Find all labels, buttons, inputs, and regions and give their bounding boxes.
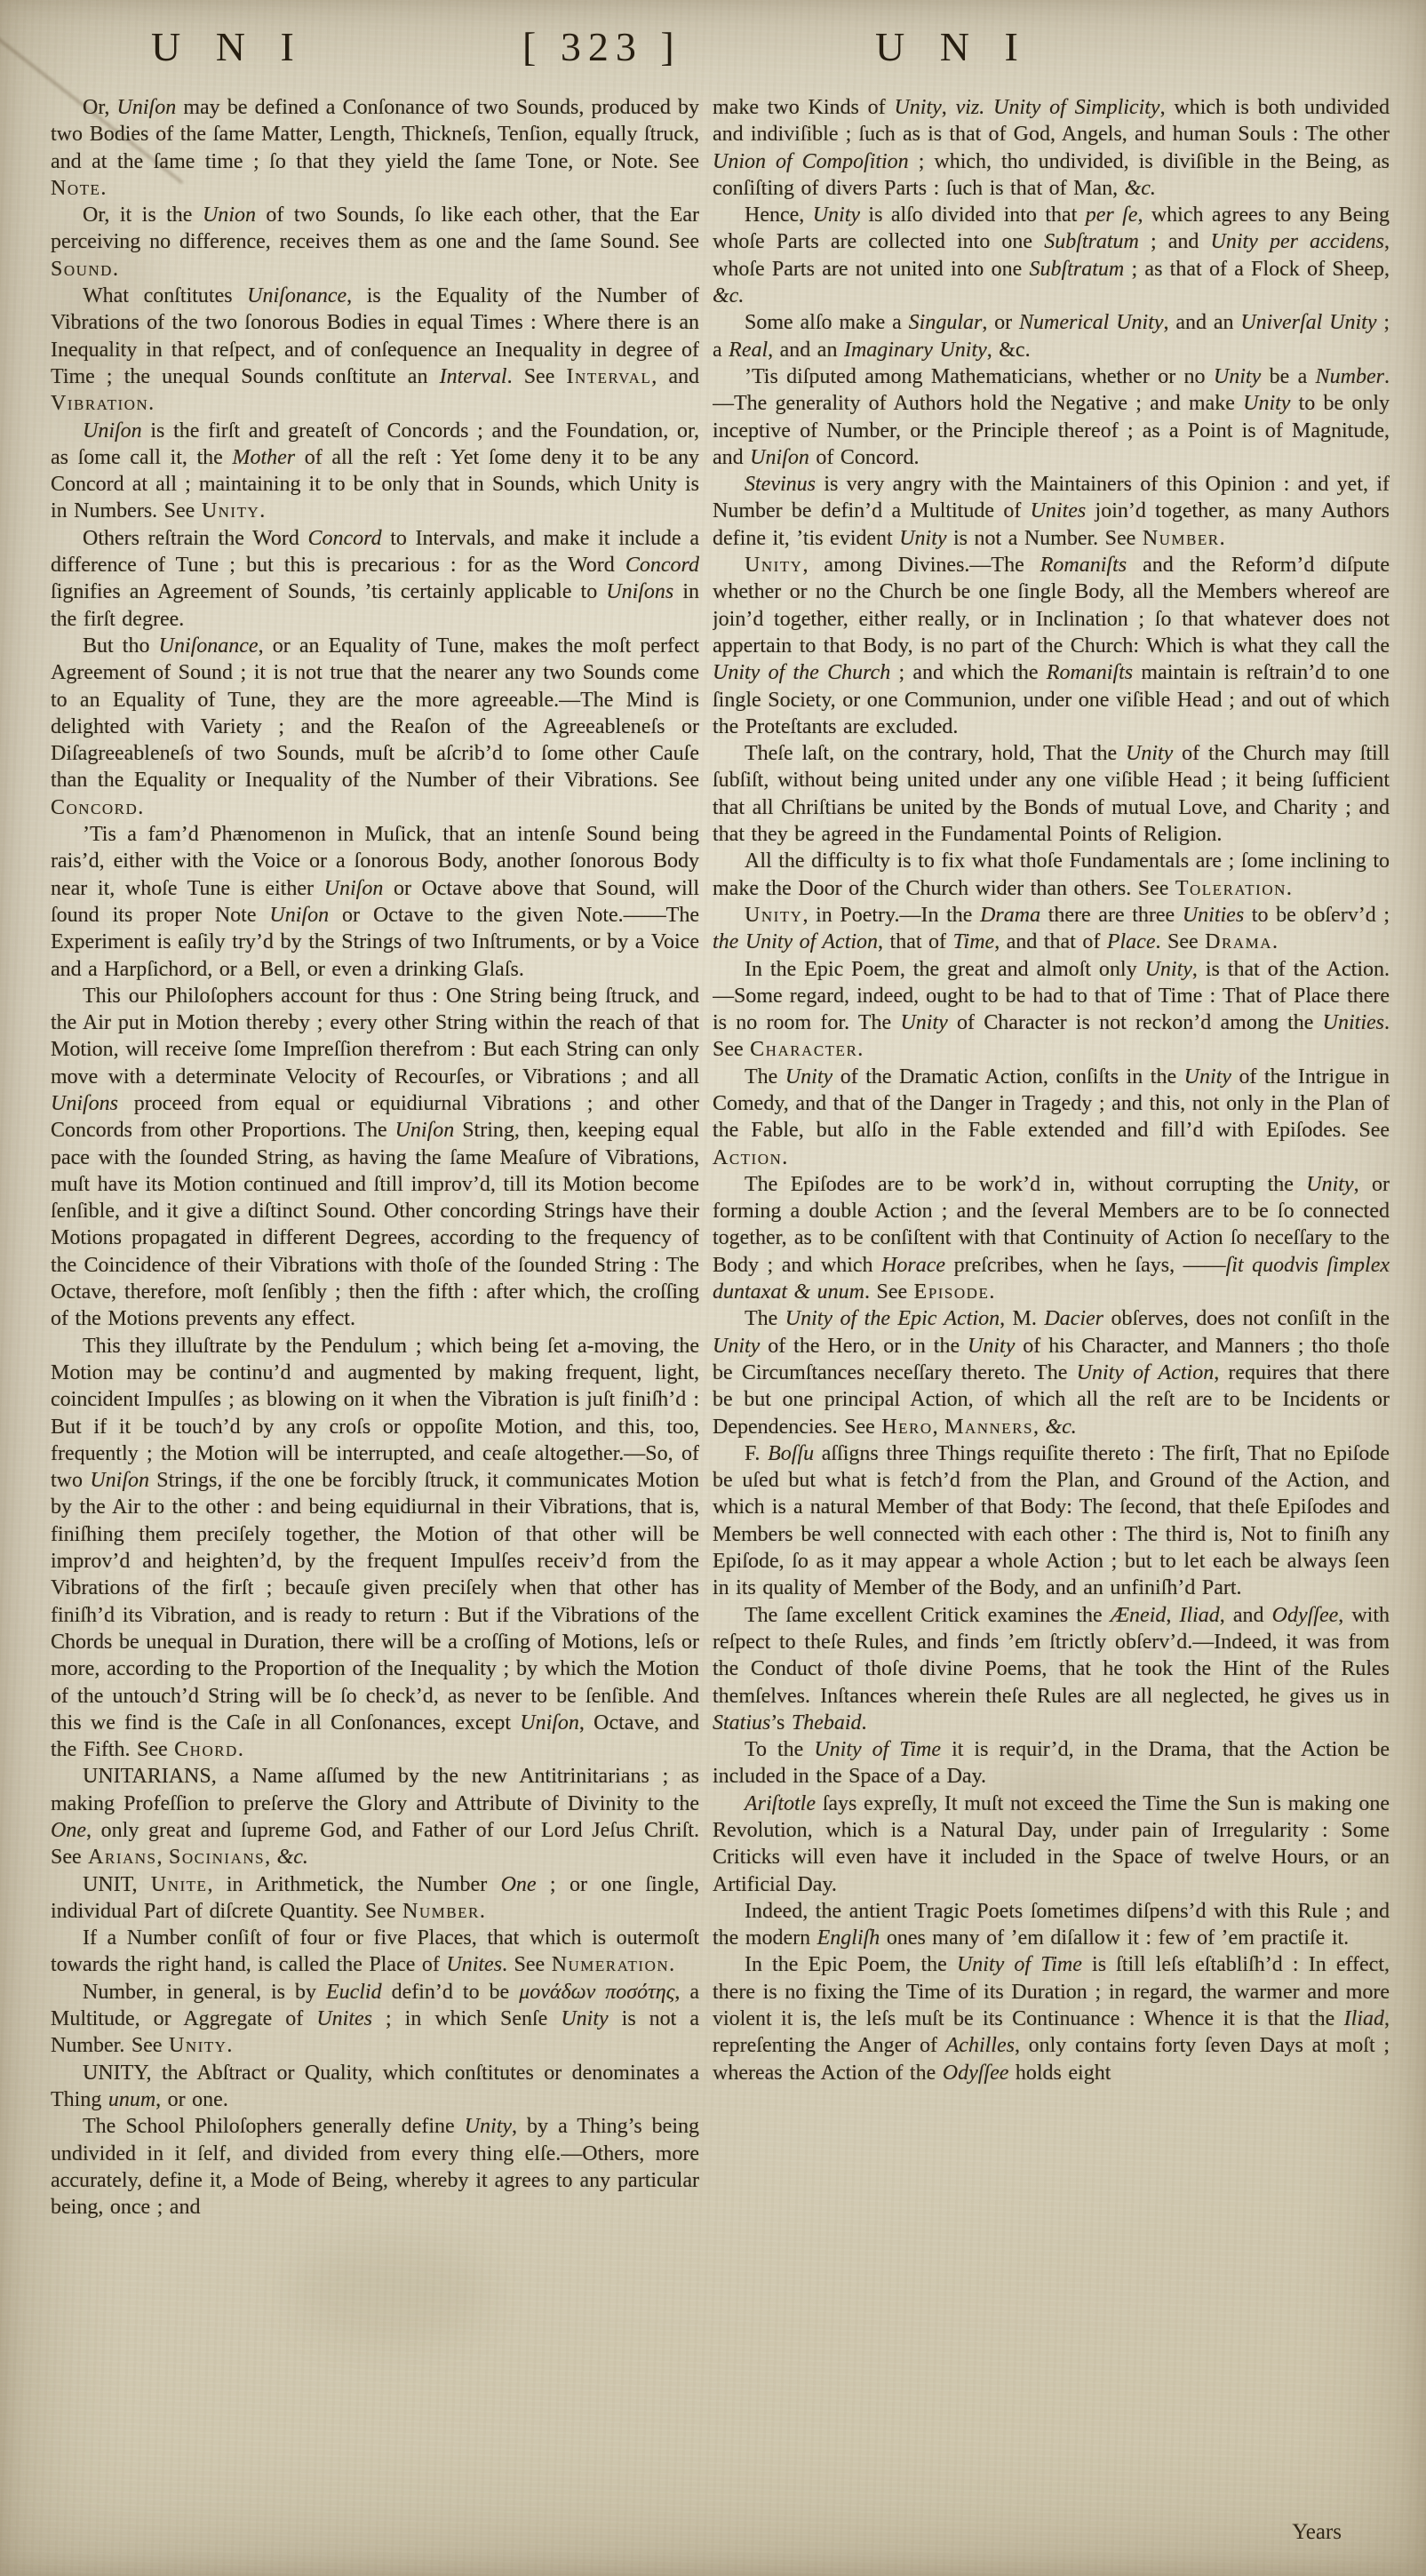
body-text: , in Poetry.—In the: [802, 904, 980, 927]
body-text: The: [745, 1307, 785, 1330]
body-text: , and an: [768, 339, 844, 362]
body-text: .: [100, 177, 106, 200]
body-text: ,: [157, 1846, 170, 1869]
emphasized-text: Unity: [1145, 958, 1192, 981]
emphasized-text: Thebaid: [792, 1711, 862, 1735]
emphasized-text: Unity: [1306, 1173, 1353, 1196]
paragraph: The Unity of the Epic Action, M. Dacier …: [713, 1305, 1390, 1440]
body-text: The Epiſodes are to be work’d in, withou…: [745, 1173, 1306, 1196]
emphasized-text: &c.: [1125, 177, 1156, 200]
emphasized-text: Subſtratum: [1030, 258, 1125, 281]
emphasized-text: Odyſſee: [943, 2062, 1009, 2085]
cross-reference: Number: [1143, 527, 1220, 550]
body-text: The ſame excellent Critick examines the: [745, 1604, 1111, 1627]
emphasized-text: viz. Unity of Simplicity: [956, 96, 1160, 119]
body-text: ,: [265, 1846, 277, 1869]
paragraph: If a Number conſiſt of four or five Plac…: [51, 1925, 699, 1979]
page-number: [ 323 ]: [522, 23, 681, 70]
emphasized-text: Unity: [899, 527, 946, 550]
body-text: Some alſo make a: [745, 311, 909, 334]
emphasized-text: Unity of the Church: [713, 661, 890, 684]
cross-reference: Interval: [566, 365, 651, 388]
cross-reference: Episode: [914, 1280, 990, 1304]
emphasized-text: Unity: [1214, 365, 1261, 388]
emphasized-text: unum: [108, 2088, 155, 2111]
body-text: , and: [1220, 1604, 1272, 1627]
emphasized-text: Interval: [440, 365, 507, 388]
body-text: This our Philoſophers account for thus :…: [51, 985, 699, 1089]
emphasized-text: Unity: [713, 1335, 760, 1358]
emphasized-text: Uniſon: [269, 904, 329, 927]
body-text: .: [857, 1038, 863, 1061]
emphasized-text: Odyſſee: [1272, 1604, 1339, 1627]
emphasized-text: Unity: [1126, 742, 1173, 765]
emphasized-text: Univerſal Unity: [1240, 311, 1376, 334]
emphasized-text: Concord: [307, 527, 381, 550]
body-text: ,: [942, 96, 956, 119]
body-text: is not a Number. See: [947, 527, 1143, 550]
body-text: UNIT,: [83, 1873, 151, 1896]
paragraph: Stevinus is very angry with the Maintain…: [713, 471, 1390, 552]
paragraph: Or, Uniſon may be defined a Conſonance o…: [51, 94, 699, 202]
emphasized-text: Uniſon: [750, 446, 809, 469]
cross-reference: Number: [402, 1900, 480, 1923]
paragraph: The School Philoſophers generally define…: [51, 2113, 699, 2221]
emphasized-text: Ariſtotle: [745, 1792, 816, 1815]
emphasized-text: Unity: [900, 1011, 947, 1034]
paragraph: This our Philoſophers account for thus :…: [51, 983, 699, 1333]
emphasized-text: Mother: [232, 446, 295, 469]
emphasized-text: Unites: [446, 1953, 502, 1976]
body-text: Theſe laſt, on the contrary, hold, That …: [745, 742, 1126, 765]
emphasized-text: Unity: [1243, 392, 1290, 415]
body-text: of Concord.: [809, 446, 920, 469]
emphasized-text: Engliſh: [817, 1926, 880, 1950]
catchword: Years: [1155, 2520, 1342, 2545]
emphasized-text: Uniſons: [51, 1092, 118, 1115]
body-text: , or: [982, 311, 1019, 334]
body-text: To the: [745, 1738, 814, 1761]
paragraph: Unity, in Poetry.—In the Drama there are…: [713, 902, 1390, 956]
body-text: there are three: [1040, 904, 1183, 927]
body-text: .: [669, 1953, 674, 1976]
text-column-right: make two Kinds of Unity, viz. Unity of S…: [713, 94, 1390, 2511]
paragraph: Number, in general, is by Euclid defin’d…: [51, 1979, 699, 2060]
body-text: .: [259, 499, 265, 522]
body-text: of the Hero, or in the: [760, 1335, 968, 1358]
emphasized-text: Iliad: [1179, 1604, 1219, 1627]
emphasized-text: Uniſon: [324, 877, 384, 900]
emphasized-text: Unity of Action: [1077, 1361, 1215, 1384]
emphasized-text: Unity per accidens: [1211, 230, 1385, 253]
paragraph: Others reſtrain the Word Concord to Inte…: [51, 525, 699, 633]
body-text: .: [138, 796, 143, 819]
paragraph: ’Tis a fam’d Phænomenon in Muſick, that …: [51, 821, 699, 983]
body-text: obſerves, does not conſiſt in the: [1103, 1307, 1390, 1330]
body-text: . See: [1155, 930, 1205, 953]
body-text: is alſo divided into that: [860, 203, 1086, 227]
body-text: to be obſerv’d ;: [1244, 904, 1390, 927]
emphasized-text: Uniſon: [90, 1469, 149, 1492]
emphasized-text: One: [51, 1819, 86, 1842]
paragraph: This they illuſtrate by the Pendulum ; w…: [51, 1333, 699, 1764]
emphasized-text: Numerical Unity: [1019, 311, 1163, 334]
paragraph: Hence, Unity is alſo divided into that p…: [713, 202, 1390, 309]
emphasized-text: Unities: [1183, 904, 1244, 927]
cross-reference: Unity: [202, 499, 259, 522]
emphasized-text: Imaginary Unity: [844, 339, 987, 362]
body-text: . See: [507, 365, 567, 388]
paragraph: In the Epic Poem, the great and almoſt o…: [713, 956, 1390, 1064]
body-text: In the Epic Poem, the great and almoſt o…: [745, 958, 1145, 981]
body-text: ’Tis diſputed among Mathematicians, whet…: [745, 365, 1214, 388]
cross-reference: Character: [750, 1038, 857, 1061]
body-text: ones many of ’em diſallow it : few of ’e…: [880, 1926, 1349, 1950]
body-text: of the Dramatic Action, conſiſts in the: [832, 1065, 1183, 1089]
cross-reference: Unity: [169, 2034, 227, 2057]
body-text: defin’d to be: [382, 1981, 520, 2004]
body-text: . See: [502, 1953, 552, 1976]
cross-reference: Arians: [88, 1846, 156, 1869]
body-text: ; and which the: [890, 661, 1047, 684]
body-text: , and: [651, 365, 699, 388]
body-text: aſſigns three Things requiſite thereto :…: [713, 1442, 1390, 1599]
emphasized-text: Unity: [968, 1335, 1015, 1358]
emphasized-text: Unity of Time: [814, 1738, 941, 1761]
body-text: But tho: [83, 634, 159, 658]
body-text: .: [1220, 527, 1225, 550]
emphasized-text: Uniſonance: [247, 284, 347, 307]
emphasized-text: One: [501, 1873, 537, 1896]
scanned-book-page: U N I [ 323 ] U N I Or, Uniſon may be de…: [0, 0, 1426, 2576]
body-text: , in Arithmetick, the Number: [207, 1873, 500, 1896]
emphasized-text: Unities: [1323, 1011, 1384, 1034]
body-text: ſignifies an Agreement of Sounds, ’tis c…: [51, 580, 606, 603]
cross-reference: Toleration: [1175, 877, 1287, 900]
body-text: What conſtitutes: [83, 284, 247, 307]
running-head: U N I [ 323 ] U N I: [0, 23, 1426, 85]
running-title-right: U N I: [875, 23, 1031, 70]
emphasized-text: Unity: [894, 96, 941, 119]
body-text: make two Kinds of: [713, 96, 894, 119]
paragraph: Or, it is the Union of two Sounds, ſo li…: [51, 202, 699, 283]
body-text: .: [1272, 930, 1278, 953]
emphasized-text: Stevinus: [745, 473, 816, 496]
cross-reference: Hero: [881, 1416, 932, 1439]
paragraph: F. Boſſu aſſigns three Things requiſite …: [713, 1440, 1390, 1602]
body-text: , M.: [1000, 1307, 1044, 1330]
emphasized-text: Unity of the Epic Action: [785, 1307, 1000, 1330]
body-text: preſcribes, when he ſays, ——: [945, 1254, 1226, 1277]
emphasized-text: Union of Compoſition: [713, 150, 909, 173]
emphasized-text: Uniſon: [117, 96, 177, 119]
emphasized-text: Time: [953, 930, 995, 953]
body-text: ; and: [1139, 230, 1211, 253]
emphasized-text: Unity: [465, 2115, 512, 2138]
cross-reference: Unity: [745, 904, 802, 927]
emphasized-text: Uniſon: [520, 1711, 579, 1735]
emphasized-text: Drama: [980, 904, 1040, 927]
cross-reference: Chord: [174, 1738, 238, 1761]
body-text: F.: [745, 1442, 768, 1465]
body-text: ; in which Senſe: [372, 2007, 561, 2030]
paragraph: Some alſo make a Singular, or Numerical …: [713, 309, 1390, 363]
cross-reference: Concord: [51, 796, 138, 819]
emphasized-text: Unity: [785, 1065, 832, 1089]
emphasized-text: Unity: [1184, 1065, 1231, 1089]
emphasized-text: Uniſons: [606, 580, 673, 603]
emphasized-text: Unites: [316, 2007, 372, 2030]
emphasized-text: Concord: [625, 554, 699, 577]
body-text: ; as that of a Flock of Sheep,: [1124, 258, 1390, 281]
body-text: , among Divines.—The: [802, 554, 1040, 577]
body-text: , or one.: [155, 2088, 228, 2111]
emphasized-text: Subſtratum: [1044, 230, 1139, 253]
emphasized-text: Dacier: [1044, 1307, 1103, 1330]
emphasized-text: Boſſu: [768, 1442, 814, 1465]
cross-reference: Unity: [745, 554, 802, 577]
body-text: , that of: [878, 930, 952, 953]
emphasized-text: Unity: [561, 2007, 608, 2030]
cross-reference: Note: [51, 177, 100, 200]
body-text: .: [1287, 877, 1292, 900]
body-text: be a: [1261, 365, 1315, 388]
body-text: ,: [1033, 1416, 1046, 1439]
emphasized-text: Horace: [881, 1254, 945, 1277]
body-text: .: [782, 1146, 787, 1169]
emphasized-text: Uniſon: [83, 419, 142, 443]
emphasized-text: &c.: [277, 1846, 308, 1869]
body-text: .: [480, 1900, 485, 1923]
paragraph: UNITARIANS, a Name aſſumed by the new An…: [51, 1763, 699, 1870]
paragraph: Unity, among Divines.—The Romaniſts and …: [713, 552, 1390, 740]
paragraph: make two Kinds of Unity, viz. Unity of S…: [713, 94, 1390, 202]
emphasized-text: Uniſonance: [159, 634, 259, 658]
paragraph: UNITY, the Abſtract or Quality, which co…: [51, 2060, 699, 2114]
body-text: , and an: [1164, 311, 1241, 334]
emphasized-text: &c.: [1045, 1416, 1076, 1439]
emphasized-text: the Unity of Action: [713, 930, 878, 953]
emphasized-text: Iliad: [1344, 2007, 1384, 2030]
body-text: .: [148, 392, 154, 415]
body-text: .: [862, 1711, 867, 1735]
paragraph: The Unity of the Dramatic Action, conſiſ…: [713, 1064, 1390, 1171]
emphasized-text: Uniſon: [395, 1119, 455, 1142]
paragraph: Uniſon is the firſt and greateſt of Conc…: [51, 418, 699, 525]
emphasized-text: Union: [203, 203, 256, 227]
cross-reference: Manners: [944, 1416, 1033, 1439]
emphasized-text: Unity of Time: [957, 1953, 1082, 1976]
emphasized-text: Romaniſts: [1047, 661, 1133, 684]
body-text: ,: [1166, 1604, 1179, 1627]
body-text: , or an Equality of Tune, makes the moſt…: [51, 634, 699, 792]
emphasized-text: μονάδων ποσότης: [519, 1981, 674, 2004]
body-text: Strings, if the one be forcibly ſtruck, …: [51, 1469, 699, 1735]
body-text: Hence,: [745, 203, 813, 227]
paragraph: To the Unity of Time it is requir’d, in …: [713, 1736, 1390, 1790]
paragraph: But tho Uniſonance, or an Equality of Tu…: [51, 633, 699, 821]
body-text: , and that of: [994, 930, 1107, 953]
text-column-left: Or, Uniſon may be defined a Conſonance o…: [51, 94, 699, 2511]
cross-reference: Sound: [51, 258, 113, 281]
emphasized-text: Singular: [909, 311, 983, 334]
emphasized-text: Euclid: [326, 1981, 382, 2004]
paragraph: Indeed, the antient Tragic Poets ſometim…: [713, 1898, 1390, 1952]
emphasized-text: Statius: [713, 1711, 770, 1735]
body-text: ,: [933, 1416, 945, 1439]
paragraph: The ſame excellent Critick examines the …: [713, 1602, 1390, 1736]
body-text: , &c.: [987, 339, 1031, 362]
body-text: .: [113, 258, 118, 281]
body-text: The School Philoſophers generally define: [83, 2115, 465, 2138]
body-text: Others reſtrain the Word: [83, 527, 307, 550]
paragraph: In the Epic Poem, the Unity of Time is ſ…: [713, 1951, 1390, 2086]
paragraph: The Epiſodes are to be work’d in, withou…: [713, 1171, 1390, 1305]
cross-reference: Socinians: [169, 1846, 265, 1869]
emphasized-text: Unity: [813, 203, 860, 227]
emphasized-text: Number: [1316, 365, 1384, 388]
body-text: UNITARIANS, a Name aſſumed by the new An…: [51, 1765, 699, 1814]
emphasized-text: Æneid: [1111, 1604, 1167, 1627]
paragraph: Theſe laſt, on the contrary, hold, That …: [713, 740, 1390, 848]
emphasized-text: Romaniſts: [1040, 554, 1127, 577]
emphasized-text: Unites: [1031, 499, 1087, 522]
body-text: String, then, keeping equal pace with th…: [51, 1119, 699, 1330]
cross-reference: Action: [713, 1146, 782, 1169]
body-text: In the Epic Poem, the: [745, 1953, 957, 1976]
cross-reference: Numeration: [552, 1953, 669, 1976]
running-title-left: U N I: [151, 23, 307, 70]
body-text: holds eight: [1008, 2062, 1111, 2085]
body-text: .: [989, 1280, 994, 1304]
body-text: of Character is not reckon’d among the: [948, 1011, 1323, 1034]
paragraph: All the difficulty is to fix what thoſe …: [713, 848, 1390, 902]
paragraph: Ariſtotle ſays expreſly, It muſt not exc…: [713, 1790, 1390, 1898]
paragraph: ’Tis diſputed among Mathematicians, whet…: [713, 363, 1390, 471]
body-text: Or, it is the: [83, 203, 203, 227]
body-text: Or,: [83, 96, 117, 119]
cross-reference: Unite: [151, 1873, 208, 1896]
cross-reference: Vibration: [51, 392, 148, 415]
cross-reference: Drama: [1205, 930, 1272, 953]
emphasized-text: Achilles: [946, 2034, 1015, 2057]
emphasized-text: Real: [729, 339, 768, 362]
body-text: .: [227, 2034, 232, 2057]
body-text: . See: [864, 1280, 914, 1304]
emphasized-text: per ſe: [1086, 203, 1138, 227]
paragraph: What conſtitutes Uniſonance, is the Equa…: [51, 283, 699, 417]
body-text: Number, in general, is by: [83, 1981, 326, 2004]
body-text: The: [745, 1065, 785, 1089]
emphasized-text: Place: [1107, 930, 1156, 953]
paragraph: UNIT, Unite, in Arithmetick, the Number …: [51, 1871, 699, 1926]
body-text: .: [238, 1738, 243, 1761]
emphasized-text: &c.: [713, 284, 744, 307]
body-text: ’s: [770, 1711, 792, 1735]
